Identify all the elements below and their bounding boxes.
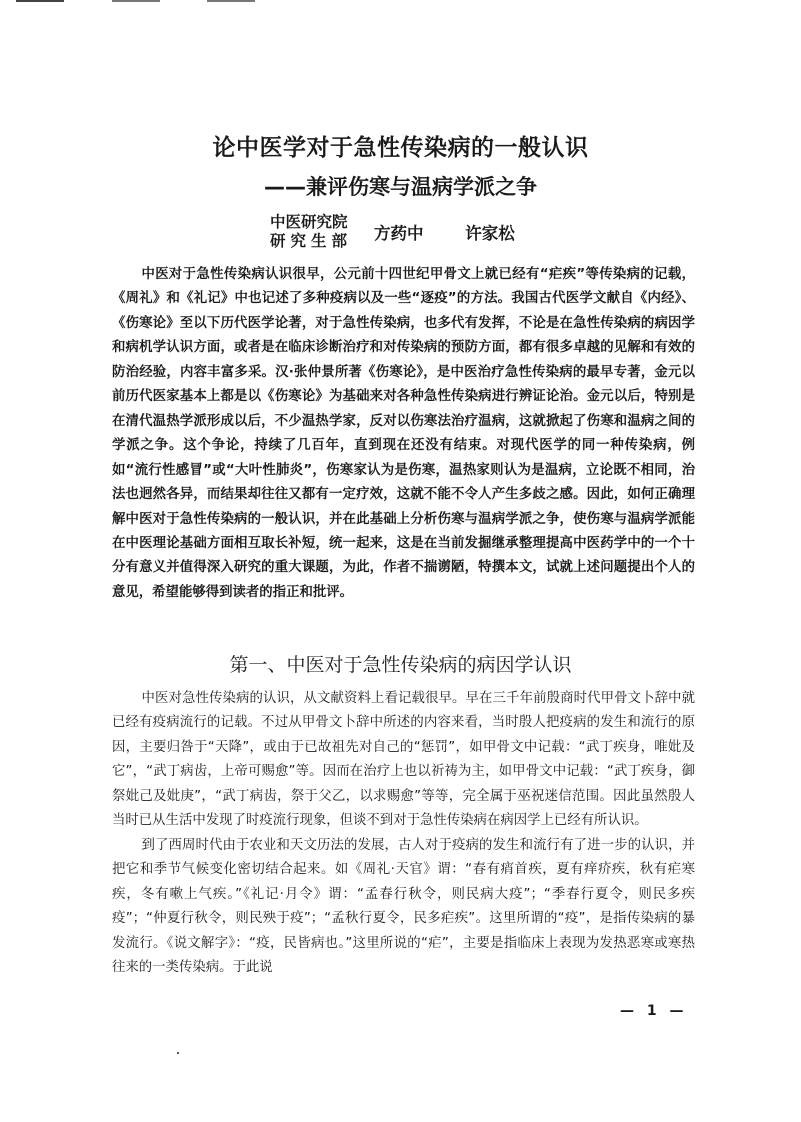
author-names: 方药中 许家松 (374, 220, 515, 244)
top-rule-left (16, 0, 64, 2)
article-title: 论中医学对于急性传染病的一般认识 (0, 133, 801, 163)
intro-section: 中医对于急性传染病认识很早，公元前十四世纪甲骨文上就已经有“疟疾”等传染病的记载… (112, 263, 695, 605)
top-rule-right (207, 0, 255, 2)
author-1: 方药中 (374, 224, 424, 243)
byline: 中医研究院 研究生部 方药中 许家松 (270, 213, 515, 251)
top-rule-middle (112, 0, 160, 2)
section-heading: 第一、中医对于急性传染病的病因学认识 (0, 651, 801, 679)
affiliation-line-2: 研究生部 (270, 232, 352, 251)
page-number: — 1 — (620, 1003, 688, 1019)
article-subtitle: ——兼评伤寒与温病学派之争 (0, 172, 801, 202)
affiliation: 中医研究院 研究生部 (270, 213, 352, 251)
scan-speck (177, 1052, 179, 1054)
affiliation-line-1: 中医研究院 (270, 213, 352, 232)
section-1-paragraph-2: 到了西周时代由于农业和天文历法的发展，古人对于疫病的发生和流行有了进一步的认识，… (112, 834, 695, 981)
intro-paragraph: 中医对于急性传染病认识很早，公元前十四世纪甲骨文上就已经有“疟疾”等传染病的记载… (112, 263, 695, 605)
section-1-paragraph-1: 中医对急性传染病的认识，从文献资料上看记载很早。早在三千年前殷商时代甲骨文卜辞中… (112, 687, 695, 834)
section-1-body: 中医对急性传染病的认识，从文献资料上看记载很早。早在三千年前殷商时代甲骨文卜辞中… (112, 687, 695, 980)
author-2: 许家松 (465, 224, 515, 243)
